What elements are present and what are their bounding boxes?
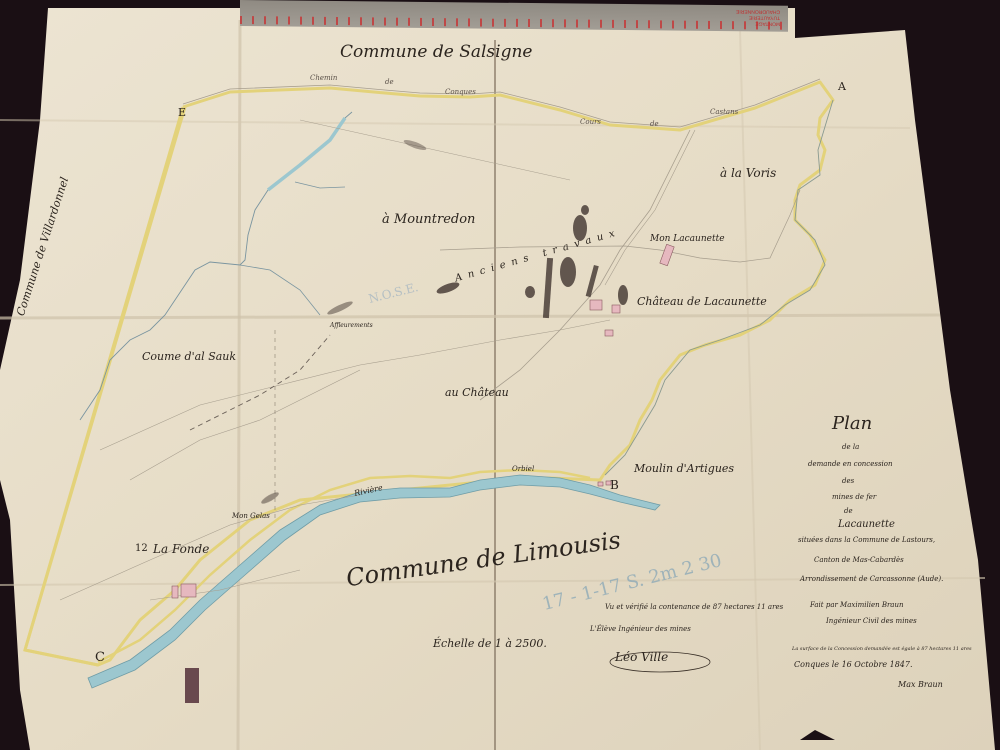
road-label: Conques <box>445 88 476 96</box>
title-date: Conques le 16 Octobre 1847. <box>794 660 913 669</box>
verification-line-2: L'Élève Ingénieur des mines <box>590 625 691 633</box>
commune-north-part1: Commune de Salsigne <box>340 42 532 62</box>
place-maison-gelas: Mon Gelas <box>232 512 270 520</box>
title-line: mines de fer <box>832 493 876 501</box>
ruler-brand: MONTAGE TUYAUTERIE CHAUDRONNERIE <box>736 8 780 26</box>
road-label: de <box>650 120 659 128</box>
title-line: demande en concession <box>808 460 893 468</box>
ruler-brand-line: CHAUDRONNERIE <box>736 8 780 14</box>
ruler-brand-line: MONTAGE <box>736 20 780 26</box>
river-sublabel: Orbiel <box>512 465 534 473</box>
title-signature: Max Braun <box>898 680 943 689</box>
title-line: situées dans la Commune de Lastours, <box>798 536 935 544</box>
place-maison-lacaunette: Mon Lacaunette <box>650 234 725 244</box>
title-concession-name: Lacaunette <box>838 519 895 530</box>
road-label: Cours <box>580 118 601 126</box>
title-line: Fait par Maximilien Braun <box>810 601 904 609</box>
signature-flourish <box>605 640 715 680</box>
place-au-chateau: au Château <box>445 386 509 399</box>
place-mountredon: à Mountredon <box>382 212 475 227</box>
place-la-voris: à la Voris <box>720 166 776 180</box>
title-line: Canton de Mas-Cabardès <box>814 556 904 564</box>
road-label: Chemin <box>310 74 337 82</box>
commune-north-label: Commune de Salsigne <box>340 42 532 62</box>
place-la-fonde: La Fonde <box>153 542 209 556</box>
verification-line-1: Vu et vérifié la contenance de 87 hectar… <box>605 603 783 611</box>
title-line: des <box>842 477 854 485</box>
map-scale: Échelle de 1 à 2500. <box>433 637 547 650</box>
road-label: Castans <box>710 108 738 116</box>
ruler-brand-line: TUYAUTERIE <box>736 14 780 20</box>
title-line: de la <box>842 443 859 451</box>
title-line: Ingénieur Civil des mines <box>826 617 917 625</box>
place-chateau-lacaunette: Château de Lacaunette <box>637 295 767 308</box>
place-affleurements: Affleurements <box>330 322 373 329</box>
boundary-point-b: B <box>610 478 619 492</box>
place-coume-dal-sauk: Coume d'al Sauk <box>142 350 236 363</box>
boundary-point-e: E <box>178 106 186 119</box>
title-plan: Plan <box>832 413 872 434</box>
place-moulin-artigues: Moulin d'Artigues <box>634 462 734 475</box>
boundary-point-a: A <box>838 80 846 93</box>
boundary-point-c: C <box>95 650 105 665</box>
title-line: de <box>844 507 853 515</box>
title-surface-line: La surface de la Concession demandée est… <box>792 646 972 652</box>
parcel-number: 12 <box>135 543 148 554</box>
road-label: de <box>385 78 394 86</box>
title-line: Arrondissement de Carcassonne (Aude). <box>800 575 943 583</box>
map-scan: MONTAGE TUYAUTERIE CHAUDRONNERIE Commune… <box>0 0 1000 750</box>
